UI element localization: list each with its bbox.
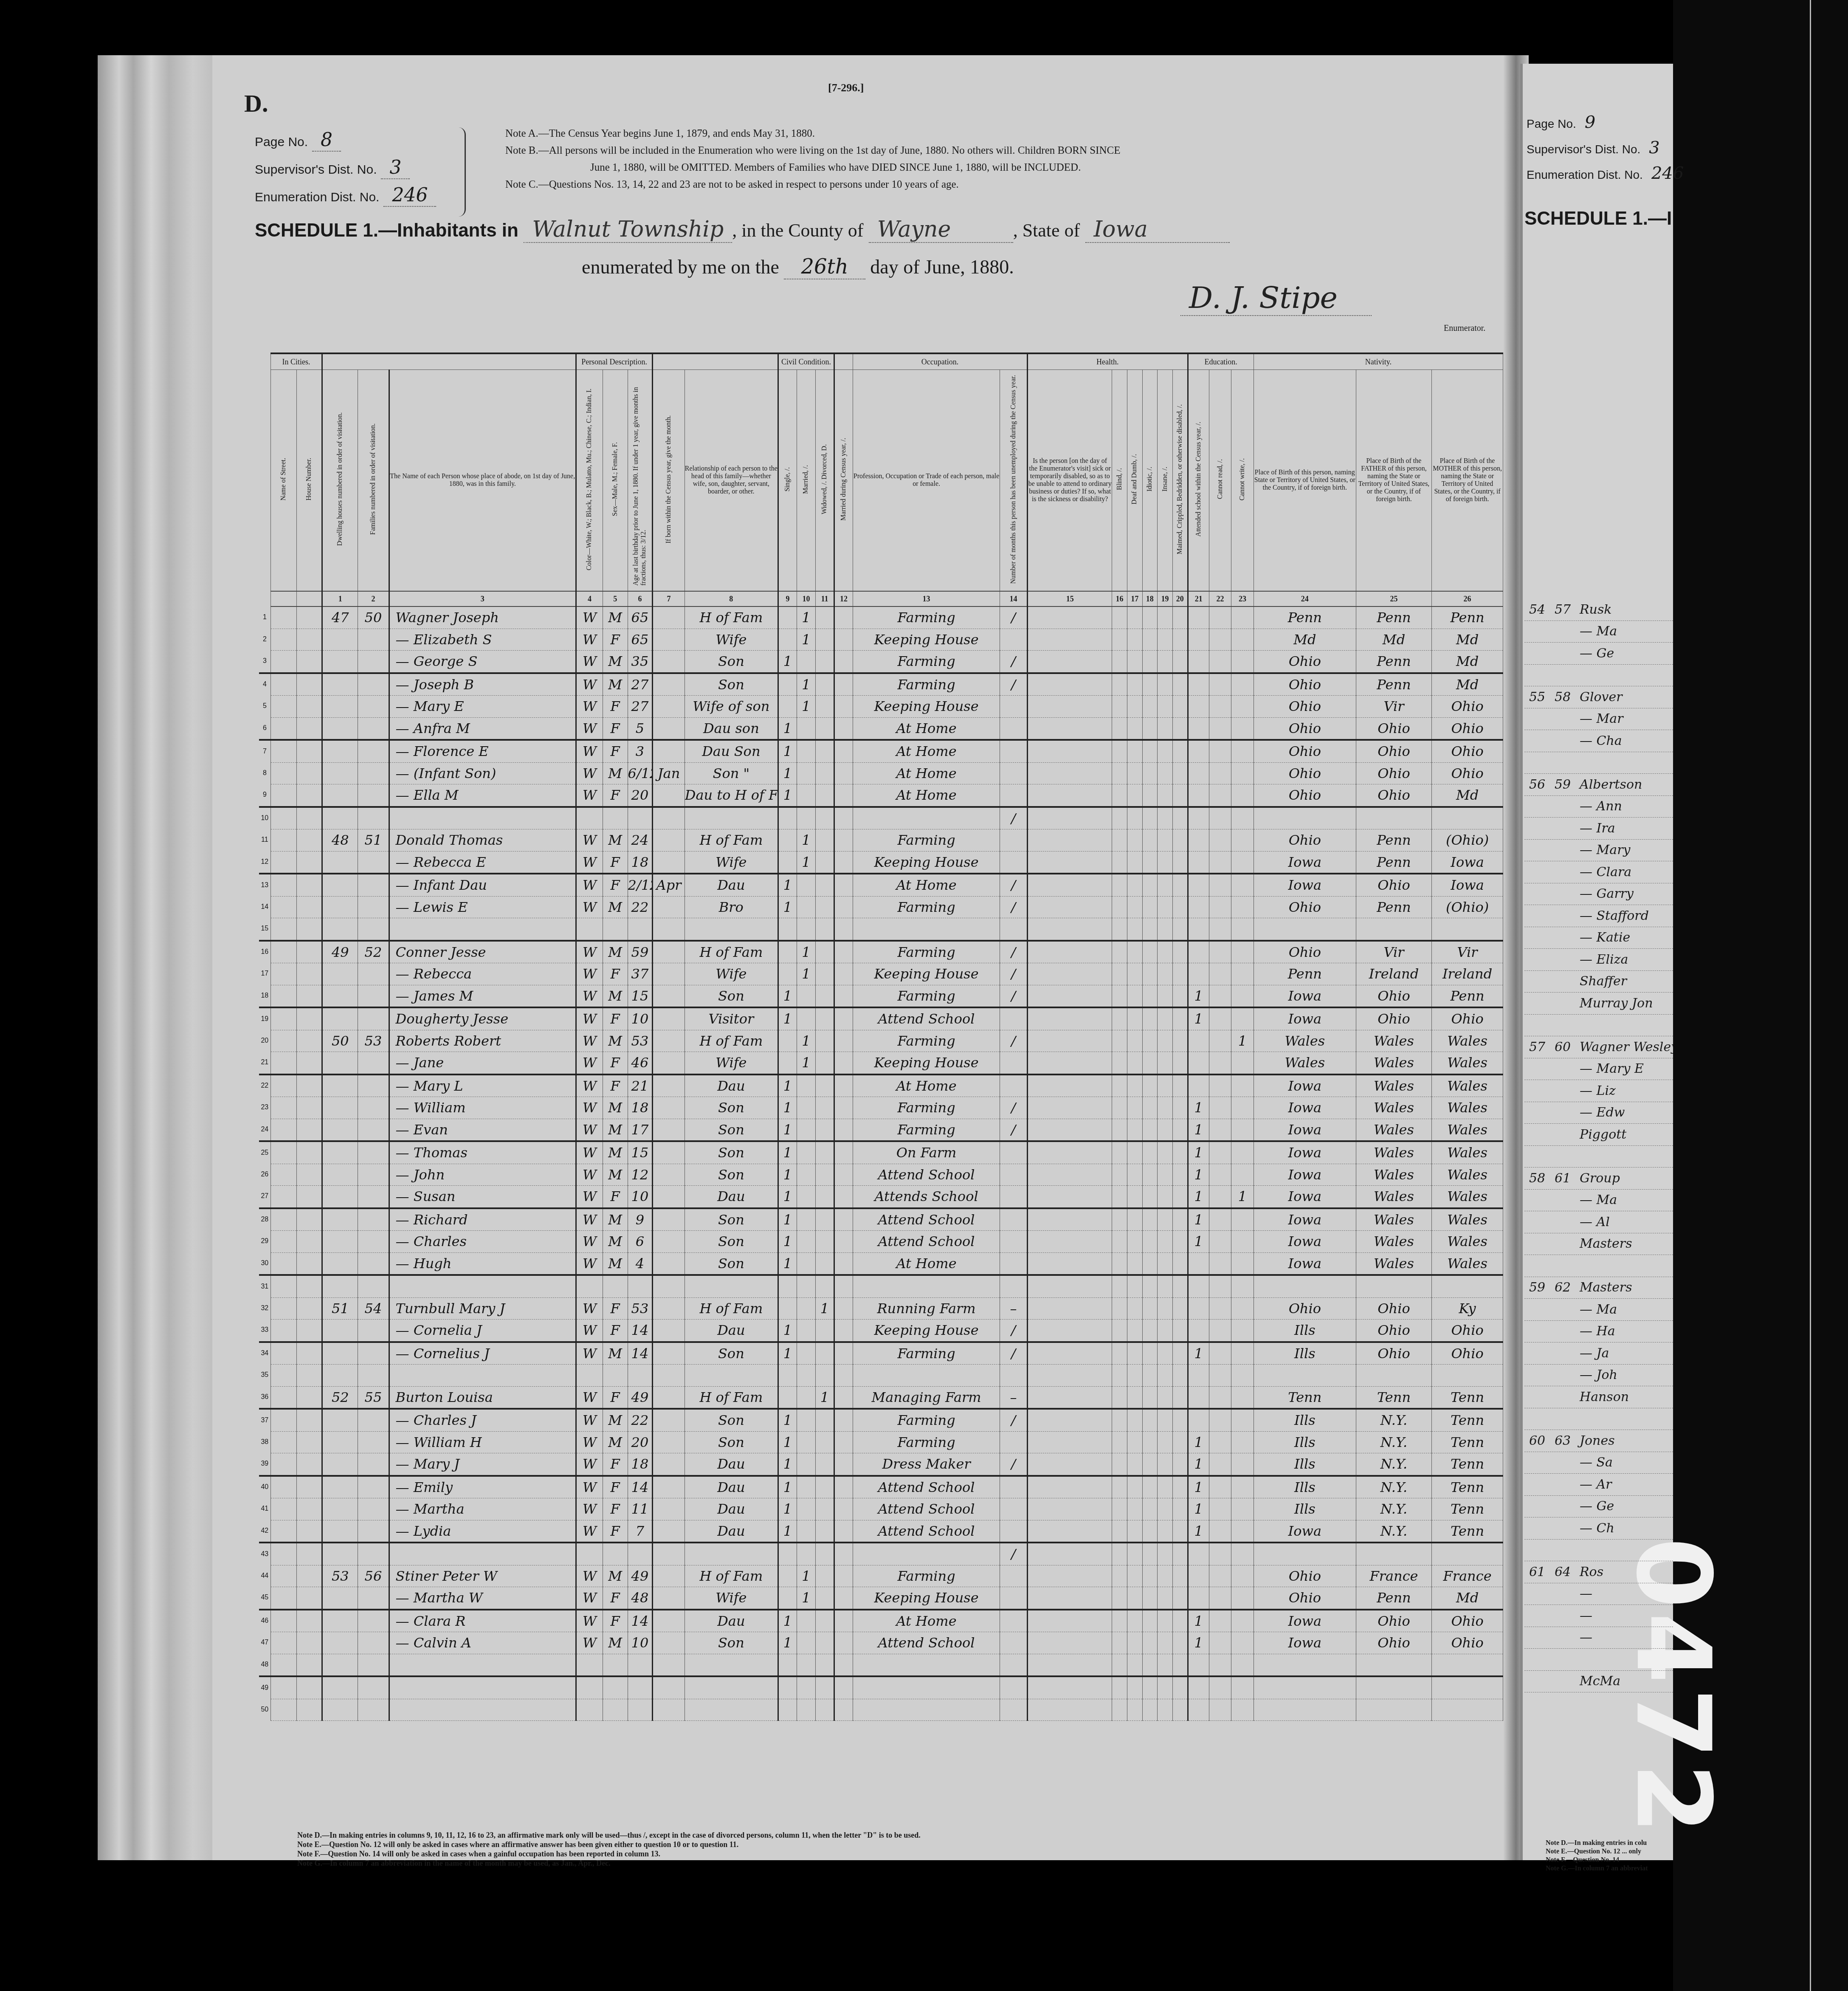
widowed-mark [815, 896, 834, 918]
occupation-cell: Farming [853, 896, 1000, 918]
unemployed-cell [1000, 629, 1028, 651]
sex-cell: M [603, 762, 628, 784]
deaf-mark [1127, 606, 1142, 629]
maimed-mark [1172, 1610, 1188, 1632]
deaf-mark [1127, 1030, 1142, 1052]
cannot-write-mark [1231, 1297, 1254, 1320]
idiotic-mark [1142, 1431, 1158, 1453]
house-cell [296, 874, 322, 896]
married-census-year-mark [834, 1052, 853, 1074]
line-number: 30 [259, 1252, 270, 1275]
single-mark [778, 829, 797, 852]
cannot-read-mark [1209, 1074, 1231, 1097]
single-mark: 1 [778, 740, 797, 762]
sex-cell: F [603, 696, 628, 718]
school-mark: 1 [1188, 1186, 1209, 1208]
widowed-mark [815, 1520, 834, 1543]
cannot-write-mark [1231, 1543, 1254, 1565]
table-row: 33— Cornelia JWF14Dau1Keeping House/Ills… [259, 1320, 1503, 1342]
school-mark: 1 [1188, 1208, 1209, 1231]
enumerator-label: Enumerator. [1444, 324, 1485, 333]
married-mark [797, 1097, 815, 1119]
birth-month-cell [653, 918, 685, 941]
idiotic-mark [1142, 1252, 1158, 1275]
insane-mark [1158, 629, 1173, 651]
person-name: — Cornelius J [389, 1342, 576, 1365]
house-cell [296, 717, 322, 740]
sickness-cell [1028, 1231, 1112, 1253]
father-birthplace-cell: N.Y. [1356, 1520, 1431, 1543]
house-cell [296, 1074, 322, 1097]
married-census-year-mark [834, 1676, 853, 1699]
cannot-read-mark [1209, 1030, 1231, 1052]
deaf-mark [1127, 1164, 1142, 1186]
occupation-cell: Attend School [853, 1164, 1000, 1186]
married-census-year-mark [834, 673, 853, 696]
line-number: 7 [259, 740, 270, 762]
age-cell: 22 [628, 896, 653, 918]
column-numbers: 12 3 456 78 91011 12 1314 15 1617181920 … [259, 591, 1503, 606]
birth-month-cell [653, 1097, 685, 1119]
blind-mark [1112, 762, 1127, 784]
supervisor-district: 3 [381, 157, 410, 179]
married-mark [797, 1231, 815, 1253]
table-row: — Liz [1524, 1080, 1673, 1102]
color-cell: W [576, 1498, 603, 1520]
occupation-cell: At Home [853, 784, 1000, 807]
relationship-cell: Wife [685, 963, 778, 985]
col-unemployed: Number of months this person has been un… [1000, 370, 1028, 592]
house-cell [296, 651, 322, 673]
mother-birthplace-cell: Wales [1432, 1231, 1503, 1253]
widowed-mark [815, 1164, 834, 1186]
occupation-cell: At Home [853, 874, 1000, 896]
house-cell [296, 1476, 322, 1498]
page-metadata: Page No.8 Supervisor's Dist. No.3 Enumer… [255, 127, 436, 210]
birth-month-cell [653, 1007, 685, 1030]
color-cell: W [576, 1342, 603, 1365]
birthplace-cell: Md [1254, 629, 1356, 651]
age-cell: 6 [628, 1231, 653, 1253]
cannot-write-mark [1231, 717, 1254, 740]
person-name: — Martha W [389, 1587, 576, 1610]
married-mark [797, 1520, 815, 1543]
cannot-write-mark [1231, 1141, 1254, 1164]
family-number [358, 1007, 389, 1030]
table-row: 34— Cornelius JWM14Son1Farming/1IllsOhio… [259, 1342, 1503, 1365]
sickness-cell [1028, 1498, 1112, 1520]
person-name: Hanson [1575, 1390, 1673, 1404]
person-name: — Infant Dau [389, 874, 576, 896]
line-number: 44 [259, 1565, 270, 1587]
mother-birthplace-cell: Penn [1432, 985, 1503, 1007]
cannot-write-mark [1231, 896, 1254, 918]
person-name: — Anfra M [389, 717, 576, 740]
age-cell: 46 [628, 1052, 653, 1074]
cannot-write-mark [1231, 696, 1254, 718]
birthplace-cell: Iowa [1254, 1141, 1356, 1164]
person-name: Wagner Joseph [389, 606, 576, 629]
occupation-cell: Keeping House [853, 629, 1000, 651]
single-mark [778, 1386, 797, 1409]
sickness-cell [1028, 1052, 1112, 1074]
street-cell [270, 1431, 296, 1453]
insane-mark [1158, 606, 1173, 629]
widowed-mark [815, 1231, 834, 1253]
sex-cell: M [603, 1208, 628, 1231]
married-mark [797, 762, 815, 784]
street-cell [270, 740, 296, 762]
street-cell [270, 1074, 296, 1097]
widowed-mark [815, 1074, 834, 1097]
line-number: 31 [259, 1275, 270, 1297]
relationship-cell: Son [685, 1342, 778, 1365]
dwelling-number: 51 [322, 1297, 358, 1320]
relationship-cell [685, 1275, 778, 1297]
table-row: — Katie [1524, 927, 1673, 949]
table-row [1524, 665, 1673, 687]
married-census-year-mark [834, 1409, 853, 1431]
father-birthplace-cell: Ohio [1356, 1342, 1431, 1365]
maimed-mark [1172, 1632, 1188, 1654]
dwelling-number [322, 1632, 358, 1654]
insane-mark [1158, 1297, 1173, 1320]
birthplace-cell [1254, 1543, 1356, 1565]
street-cell [270, 762, 296, 784]
deaf-mark [1127, 1676, 1142, 1699]
idiotic-mark [1142, 1231, 1158, 1253]
sickness-cell [1028, 1409, 1112, 1431]
cannot-write-mark [1231, 651, 1254, 673]
school-mark [1188, 874, 1209, 896]
maimed-mark [1172, 1208, 1188, 1231]
cannot-read-mark [1209, 1409, 1231, 1431]
line-number: 4 [259, 673, 270, 696]
cannot-read-mark [1209, 1498, 1231, 1520]
dwelling-number: 61 [1524, 1565, 1550, 1579]
insane-mark [1158, 941, 1173, 963]
married-census-year-mark [834, 1543, 853, 1565]
person-name: — George S [389, 651, 576, 673]
birthplace-cell: Wales [1254, 1052, 1356, 1074]
age-cell [628, 1699, 653, 1721]
sex-cell: M [603, 1231, 628, 1253]
table-row: Murray Jon [1524, 993, 1673, 1015]
group-education: Education. [1188, 353, 1254, 370]
house-cell [296, 918, 322, 941]
street-cell [270, 629, 296, 651]
line-number: 27 [259, 1186, 270, 1208]
family-number: 53 [358, 1030, 389, 1052]
single-mark: 1 [778, 1208, 797, 1231]
dwelling-number [322, 807, 358, 829]
sex-cell [603, 1275, 628, 1297]
insane-mark [1158, 1007, 1173, 1030]
blind-mark [1112, 1431, 1127, 1453]
dwelling-number: 59 [1524, 1280, 1550, 1295]
sex-cell: F [603, 1186, 628, 1208]
relationship-cell: H of Fam [685, 606, 778, 629]
person-name: — Mary L [389, 1074, 576, 1097]
sickness-cell [1028, 1453, 1112, 1476]
table-row [1524, 1540, 1673, 1562]
age-cell: 15 [628, 985, 653, 1007]
sickness-cell [1028, 1119, 1112, 1141]
sickness-cell [1028, 918, 1112, 941]
single-mark [778, 606, 797, 629]
person-name: — Stafford [1575, 908, 1673, 923]
married-mark [797, 1297, 815, 1320]
insane-mark [1158, 985, 1173, 1007]
street-cell [270, 651, 296, 673]
cannot-write-mark [1231, 1520, 1254, 1543]
color-cell: W [576, 1431, 603, 1453]
form-code: [7-296.] [828, 82, 864, 94]
house-cell [296, 1252, 322, 1275]
school-mark [1188, 1587, 1209, 1610]
maimed-mark [1172, 1386, 1188, 1409]
enumeration-day: 26th [784, 255, 865, 279]
relationship-cell: Son " [685, 762, 778, 784]
deaf-mark [1127, 673, 1142, 696]
table-row: 5659Albertson [1524, 774, 1673, 796]
married-census-year-mark [834, 1074, 853, 1097]
unemployed-cell [1000, 740, 1028, 762]
single-mark: 1 [778, 1007, 797, 1030]
person-name: Ros [1575, 1565, 1673, 1579]
family-number [358, 1587, 389, 1610]
table-row: 43/ [259, 1543, 1503, 1565]
house-cell [296, 1052, 322, 1074]
school-mark: 1 [1188, 1097, 1209, 1119]
school-mark [1188, 807, 1209, 829]
married-census-year-mark [834, 918, 853, 941]
table-row: — Ha [1524, 1321, 1673, 1343]
cannot-write-mark [1231, 1565, 1254, 1587]
insane-mark [1158, 1186, 1173, 1208]
deaf-mark [1127, 1097, 1142, 1119]
age-cell: 9 [628, 1208, 653, 1231]
cannot-read-mark [1209, 629, 1231, 651]
house-cell [296, 1365, 322, 1387]
col-age: Age at last birthday prior to June 1, 18… [628, 370, 653, 592]
maimed-mark [1172, 1453, 1188, 1476]
cannot-read-mark [1209, 1275, 1231, 1297]
age-cell: 10 [628, 1007, 653, 1030]
table-row: Piggott [1524, 1124, 1673, 1146]
street-cell [270, 874, 296, 896]
relationship-cell: Son [685, 1097, 778, 1119]
birth-month-cell [653, 1587, 685, 1610]
school-mark [1188, 1074, 1209, 1097]
house-cell [296, 896, 322, 918]
maimed-mark [1172, 740, 1188, 762]
family-number [358, 1141, 389, 1164]
deaf-mark [1127, 1252, 1142, 1275]
relationship-cell: Bro [685, 896, 778, 918]
relationship-cell: Son [685, 985, 778, 1007]
married-census-year-mark [834, 1141, 853, 1164]
color-cell: W [576, 896, 603, 918]
father-birthplace-cell [1356, 1275, 1431, 1297]
relationship-cell: Wife [685, 1587, 778, 1610]
birthplace-cell: Iowa [1254, 985, 1356, 1007]
dwelling-number [322, 1074, 358, 1097]
table-row: 365255Burton LouisaWF49H of Fam1Managing… [259, 1386, 1503, 1409]
married-census-year-mark [834, 1186, 853, 1208]
family-number [358, 851, 389, 874]
birthplace-cell: Ohio [1254, 696, 1356, 718]
dwelling-number [322, 651, 358, 673]
widowed-mark [815, 985, 834, 1007]
idiotic-mark [1142, 1676, 1158, 1699]
married-census-year-mark [834, 874, 853, 896]
table-row: 19Dougherty JesseWF10Visitor1Attend Scho… [259, 1007, 1503, 1030]
table-row: 29— CharlesWM6Son1Attend School1IowaWale… [259, 1231, 1503, 1253]
married-mark [797, 1498, 815, 1520]
occupation-cell: Farming [853, 941, 1000, 963]
blind-mark [1112, 1208, 1127, 1231]
occupation-cell [853, 918, 1000, 941]
cannot-write-mark [1231, 1252, 1254, 1275]
person-name: Stiner Peter W [389, 1565, 576, 1587]
cannot-read-mark [1209, 696, 1231, 718]
cannot-read-mark [1209, 874, 1231, 896]
person-name: Shaffer [1575, 974, 1673, 989]
person-name: — Emily [389, 1476, 576, 1498]
color-cell: W [576, 1074, 603, 1097]
dwelling-number [322, 1587, 358, 1610]
house-cell [296, 807, 322, 829]
cannot-write-mark [1231, 1476, 1254, 1498]
mother-birthplace-cell: Wales [1432, 1052, 1503, 1074]
person-name: — Mary E [389, 696, 576, 718]
insane-mark [1158, 874, 1173, 896]
dwelling-number: 57 [1524, 1040, 1550, 1055]
line-number: 37 [259, 1409, 270, 1431]
person-name: — Clara R [389, 1610, 576, 1632]
idiotic-mark [1142, 1409, 1158, 1431]
cannot-write-mark [1231, 762, 1254, 784]
deaf-mark [1127, 1409, 1142, 1431]
birthplace-cell: Iowa [1254, 1097, 1356, 1119]
street-cell [270, 1052, 296, 1074]
cannot-read-mark [1209, 896, 1231, 918]
single-mark: 1 [778, 1342, 797, 1365]
school-mark [1188, 1676, 1209, 1699]
table-row: — Eliza [1524, 949, 1673, 971]
sex-cell [603, 918, 628, 941]
street-cell [270, 1208, 296, 1231]
mother-birthplace-cell: Ohio [1432, 717, 1503, 740]
maimed-mark [1172, 1297, 1188, 1320]
family-number [358, 1520, 389, 1543]
mother-birthplace-cell: Md [1432, 629, 1503, 651]
maimed-mark [1172, 1052, 1188, 1074]
sex-cell: M [603, 985, 628, 1007]
unemployed-cell [1000, 1231, 1028, 1253]
unemployed-cell: / [1000, 1320, 1028, 1342]
mother-birthplace-cell: Ohio [1432, 696, 1503, 718]
col-insane: Insane, /. [1158, 370, 1173, 592]
maimed-mark [1172, 963, 1188, 985]
street-cell [270, 1409, 296, 1431]
relationship-cell: Son [685, 1208, 778, 1231]
relationship-cell: Son [685, 1231, 778, 1253]
person-name [389, 918, 576, 941]
birthplace-cell: Tenn [1254, 1386, 1356, 1409]
birthplace-cell: Iowa [1254, 851, 1356, 874]
table-row: — Ma [1524, 1299, 1673, 1321]
insane-mark [1158, 1320, 1173, 1342]
cannot-read-mark [1209, 1632, 1231, 1654]
sex-cell: F [603, 629, 628, 651]
father-birthplace-cell [1356, 1365, 1431, 1387]
family-number [358, 1632, 389, 1654]
relationship-cell: Son [685, 673, 778, 696]
blind-mark [1112, 807, 1127, 829]
table-row: Hanson [1524, 1386, 1673, 1408]
color-cell: W [576, 1520, 603, 1543]
family-number [358, 1320, 389, 1342]
line-number: 29 [259, 1231, 270, 1253]
color-cell [576, 918, 603, 941]
mother-birthplace-cell: Ohio [1432, 1610, 1503, 1632]
family-number [358, 762, 389, 784]
married-census-year-mark [834, 829, 853, 852]
sickness-cell [1028, 1342, 1112, 1365]
insane-mark [1158, 1587, 1173, 1610]
birthplace-cell: Wales [1254, 1030, 1356, 1052]
insane-mark [1158, 673, 1173, 696]
street-cell [270, 1275, 296, 1297]
table-row: 46— Clara RWF14Dau1At Home1IowaOhioOhio [259, 1610, 1503, 1632]
unemployed-cell [1000, 1252, 1028, 1275]
maimed-mark [1172, 874, 1188, 896]
father-birthplace-cell: Wales [1356, 1231, 1431, 1253]
cannot-write-mark [1231, 1007, 1254, 1030]
cannot-read-mark [1209, 1208, 1231, 1231]
widowed-mark [815, 1007, 834, 1030]
table-row: — Ge [1524, 643, 1673, 665]
table-row: 14— Lewis EWM22Bro1Farming/OhioPenn(Ohio… [259, 896, 1503, 918]
widowed-mark [815, 1409, 834, 1431]
table-row: Masters [1524, 1233, 1673, 1255]
widowed-mark [815, 1632, 834, 1654]
person-name: — Katie [1575, 930, 1673, 945]
sickness-cell [1028, 1164, 1112, 1186]
sickness-cell [1028, 1699, 1112, 1721]
relationship-cell: Son [685, 1119, 778, 1141]
married-mark: 1 [797, 1565, 815, 1587]
cannot-write-mark [1231, 1164, 1254, 1186]
unemployed-cell [1000, 1520, 1028, 1543]
cannot-read-mark [1209, 1565, 1231, 1587]
sickness-cell [1028, 629, 1112, 651]
birthplace-cell: Iowa [1254, 1208, 1356, 1231]
cannot-write-mark [1231, 1676, 1254, 1699]
idiotic-mark [1142, 1587, 1158, 1610]
blind-mark [1112, 784, 1127, 807]
occupation-cell: At Home [853, 1252, 1000, 1275]
occupation-cell: Attends School [853, 1186, 1000, 1208]
married-mark: 1 [797, 696, 815, 718]
col-occupation: Profession, Occupation or Trade of each … [853, 370, 1000, 592]
table-row: 5861Group [1524, 1168, 1673, 1190]
maimed-mark [1172, 606, 1188, 629]
unemployed-cell: / [1000, 985, 1028, 1007]
sickness-cell [1028, 1587, 1112, 1610]
